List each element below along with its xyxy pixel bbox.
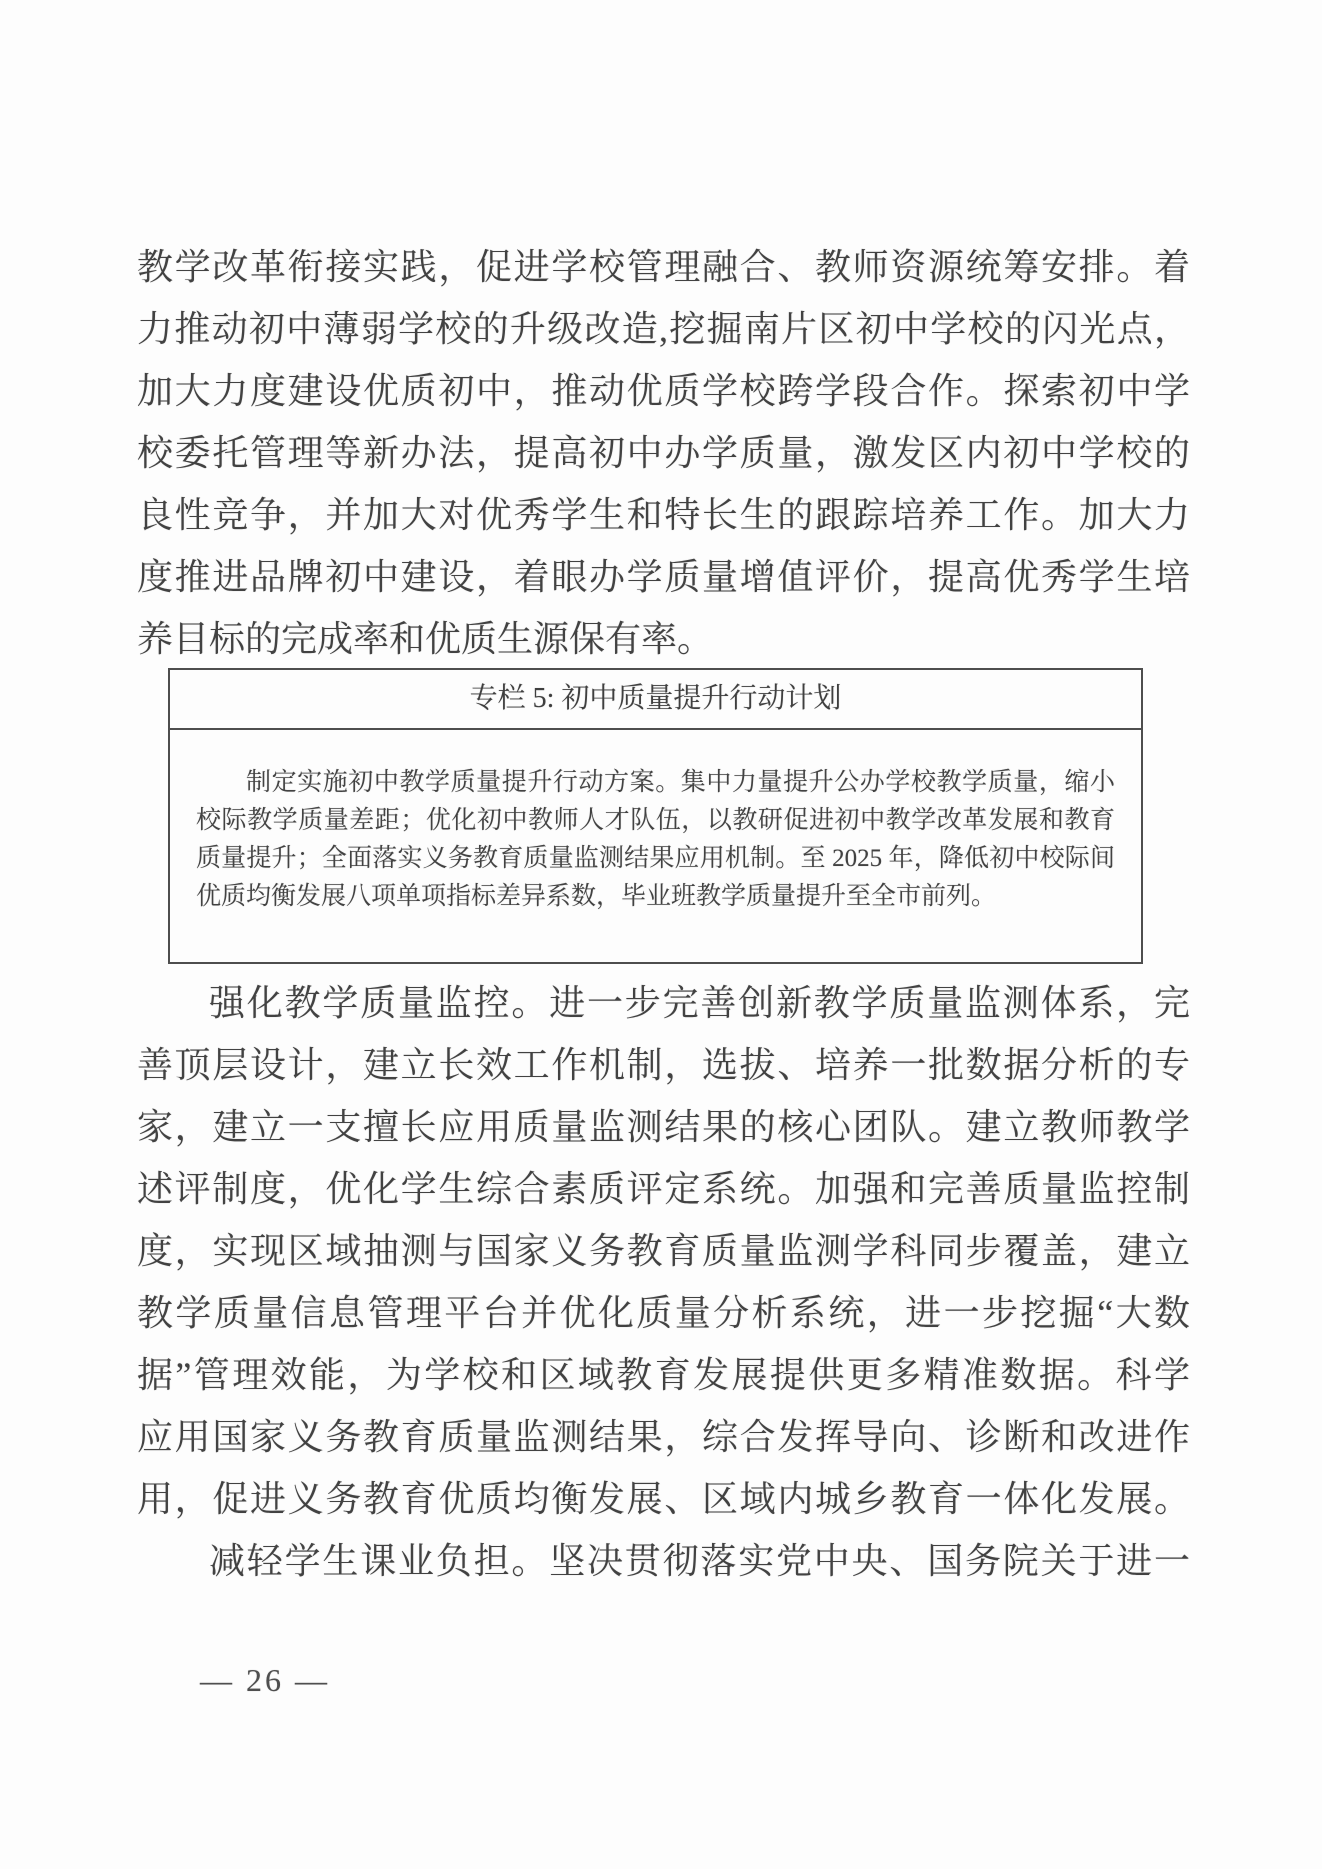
page-content-column: 教学改革衔接实践，促进学校管理融合、教师资源统筹安排。着 力推动初中薄弱学校的升… xyxy=(137,236,1190,1592)
text-line: 力推动初中薄弱学校的升级改造,挖掘南片区初中学校的闪光点， xyxy=(137,298,1190,360)
text-line: 加大力度建设优质初中，推动优质学校跨学段合作。探索初中学 xyxy=(137,360,1190,422)
text-line: 减轻学生课业负担。坚决贯彻落实党中央、国务院关于进一 xyxy=(137,1530,1190,1592)
text-line: 善顶层设计，建立长效工作机制，选拔、培养一批数据分析的专 xyxy=(137,1034,1190,1096)
callout-box-title: 专栏 5: 初中质量提升行动计划 xyxy=(170,670,1141,730)
text-line: 质量提升；全面落实义务教育质量监测结果应用机制。至 2025 年，降低初中校际间 xyxy=(196,840,1115,878)
text-line: 强化教学质量监控。进一步完善创新教学质量监测体系，完 xyxy=(137,972,1190,1034)
text-line: 度推进品牌初中建设，着眼办学质量增值评价，提高优秀学生培 xyxy=(137,546,1190,608)
callout-box-body: 制定实施初中教学质量提升行动方案。集中力量提升公办学校教学质量，缩小 校际教学质… xyxy=(170,730,1141,962)
paragraph-3: 减轻学生课业负担。坚决贯彻落实党中央、国务院关于进一 xyxy=(137,1530,1190,1592)
text-line: 述评制度，优化学生综合素质评定系统。加强和完善质量监控制 xyxy=(137,1158,1190,1220)
paragraph-2: 强化教学质量监控。进一步完善创新教学质量监测体系，完 善顶层设计，建立长效工作机… xyxy=(137,972,1190,1530)
text-line: 制定实施初中教学质量提升行动方案。集中力量提升公办学校教学质量，缩小 xyxy=(196,764,1115,802)
text-line: 教学改革衔接实践，促进学校管理融合、教师资源统筹安排。着 xyxy=(137,236,1190,298)
paragraph-1: 教学改革衔接实践，促进学校管理融合、教师资源统筹安排。着 力推动初中薄弱学校的升… xyxy=(137,236,1190,670)
text-line: 教学质量信息管理平台并优化质量分析系统，进一步挖掘“大数 xyxy=(137,1282,1190,1344)
text-line: 用，促进义务教育优质均衡发展、区域内城乡教育一体化发展。 xyxy=(137,1468,1190,1530)
text-line: 度，实现区域抽测与国家义务教育质量监测学科同步覆盖，建立 xyxy=(137,1220,1190,1282)
text-line: 校际教学质量差距；优化初中教师人才队伍，以教研促进初中教学改革发展和教育 xyxy=(196,802,1115,840)
callout-box-5: 专栏 5: 初中质量提升行动计划 制定实施初中教学质量提升行动方案。集中力量提升… xyxy=(168,668,1143,964)
text-line: 家，建立一支擅长应用质量监测结果的核心团队。建立教师教学 xyxy=(137,1096,1190,1158)
text-line: 校委托管理等新办法，提高初中办学质量，激发区内初中学校的 xyxy=(137,422,1190,484)
text-line: 优质均衡发展八项单项指标差异系数，毕业班教学质量提升至全市前列。 xyxy=(196,878,1115,916)
text-line: 养目标的完成率和优质生源保有率。 xyxy=(137,608,1190,670)
scanned-document-page: 教学改革衔接实践，促进学校管理融合、教师资源统筹安排。着 力推动初中薄弱学校的升… xyxy=(0,0,1322,1869)
text-line: 据”管理效能，为学校和区域教育发展提供更多精准数据。科学 xyxy=(137,1344,1190,1406)
text-line: 应用国家义务教育质量监测结果，综合发挥导向、诊断和改进作 xyxy=(137,1406,1190,1468)
text-line: 良性竞争，并加大对优秀学生和特长生的跟踪培养工作。加大力 xyxy=(137,484,1190,546)
page-number: — 26 — xyxy=(200,1660,330,1700)
